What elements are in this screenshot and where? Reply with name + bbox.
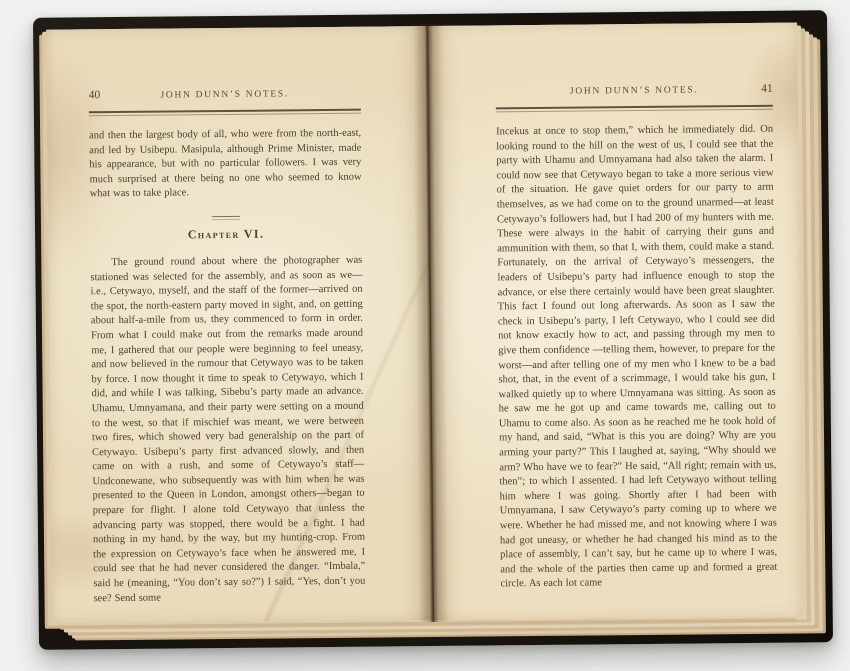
left-page: 40 JOHN DUNN’S NOTES. and then the large… <box>46 26 433 624</box>
right-page-number: 41 <box>761 83 773 95</box>
chapter-opening-paragraph: The ground round about where the photogr… <box>90 254 365 607</box>
left-header-rule <box>89 109 361 117</box>
chapter-divider-rule <box>212 216 240 220</box>
right-running-head: JOHN DUNN’S NOTES. 41 <box>496 83 773 98</box>
right-header-rule <box>496 105 773 113</box>
left-running-head: 40 JOHN DUNN’S NOTES. <box>89 87 361 102</box>
left-continuation-paragraph: and then the largest body of all, who we… <box>89 127 362 203</box>
left-page-number: 40 <box>89 89 101 101</box>
left-page-content: 40 JOHN DUNN’S NOTES. and then the large… <box>88 27 366 607</box>
right-page-content: JOHN DUNN’S NOTES. 41 Incekus at once to… <box>495 23 777 593</box>
book-cover: 40 JOHN DUNN’S NOTES. and then the large… <box>33 10 833 650</box>
chapter-heading: Chapter VI. <box>90 226 362 244</box>
right-page: JOHN DUNN’S NOTES. 41 Incekus at once to… <box>427 22 803 620</box>
page-spread: 40 JOHN DUNN’S NOTES. and then the large… <box>46 22 803 623</box>
right-running-header-title: JOHN DUNN’S NOTES. <box>570 85 699 96</box>
pages-wrap: 40 JOHN DUNN’S NOTES. and then the large… <box>46 22 803 623</box>
photo-background: 40 JOHN DUNN’S NOTES. and then the large… <box>0 0 850 671</box>
left-running-header-title: JOHN DUNN’S NOTES. <box>160 89 289 100</box>
right-page-paragraph: Incekus at once to stop them,” which he … <box>496 123 777 593</box>
